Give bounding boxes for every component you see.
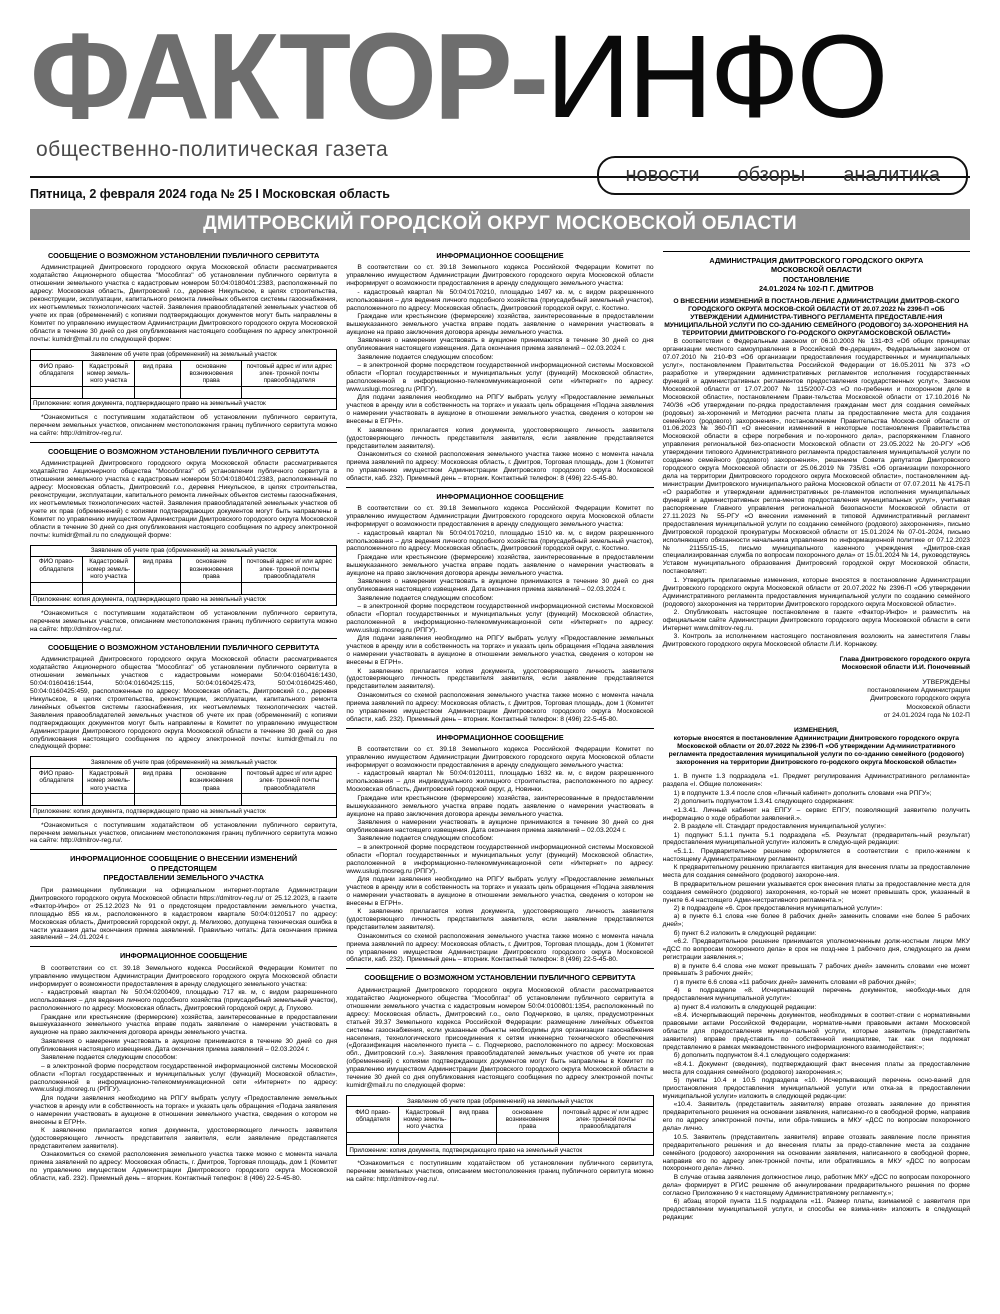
form-header-row: ФИО право- обладателяКадастровый номер з…	[31, 556, 337, 582]
form-caption: Заявление об учете прав (обременений) на…	[347, 1096, 653, 1107]
form-empty-cell	[181, 386, 242, 398]
form-empty-cell	[242, 386, 337, 398]
paragraph: Администрацией Дмитровского городского о…	[30, 460, 337, 539]
paragraph: «1.3.41. Личный кабинет на ЕПГУ – сервис…	[663, 807, 970, 823]
section-title: ИНФОРМАЦИОННОЕ СООБЩЕНИЕ	[348, 251, 651, 260]
topics-pill: новости обзоры аналитика	[597, 156, 968, 195]
paragraph: Заявление подается следующим способом:	[346, 595, 653, 603]
form-empty-cell	[497, 1133, 558, 1145]
paragraph: 2) в подразделе «6. Срок предоставления …	[663, 905, 970, 913]
form-header-cell: Кадастровый номер земель- ного участка	[83, 361, 135, 387]
application-form-table: Заявление об учете прав (обременений) на…	[30, 349, 337, 410]
paragraph: В предварительном решении указывается ср…	[663, 881, 970, 905]
paragraph: 10.5. Заявитель (представитель заявителя…	[663, 1134, 970, 1174]
form-empty-row	[347, 1133, 653, 1145]
section-divider	[30, 442, 337, 443]
paragraph: Для подачи заявления необходимо на РПГУ …	[346, 876, 653, 908]
form-empty-cell	[31, 794, 83, 806]
paragraph: 1. Утвердить прилагаемые изменения, кото…	[663, 577, 970, 609]
form-empty-cell	[399, 1133, 451, 1145]
logo-part-factor: ФАКТОР-	[30, 16, 546, 139]
form-header-cell: почтовый адрес и/ или адрес элек- тронно…	[242, 768, 337, 794]
form-header-row: ФИО право- обладателяКадастровый номер з…	[31, 361, 337, 387]
paragraph: 2) дополнить подпунктом 1.3.41 следующег…	[663, 798, 970, 806]
form-header-cell: ФИО право- обладателя	[31, 361, 83, 387]
section-divider	[30, 638, 337, 639]
paragraph: 2. В разделе «II. Стандарт предоставлени…	[663, 823, 970, 831]
form-caption-row: Заявление об учете прав (обременений) на…	[31, 545, 337, 556]
paragraph: 1. В пункте 1.3 подраздела «1. Предмет р…	[663, 773, 970, 789]
paragraph: – в электронной форме посредством госуда…	[346, 844, 653, 876]
form-empty-cell	[83, 582, 135, 594]
paragraph: а) в пункте 6.1 слова «не более 8 рабочи…	[663, 913, 970, 929]
form-caption: Заявление об учете прав (обременений) на…	[31, 757, 337, 768]
application-form-table: Заявление об учете прав (обременений) на…	[30, 545, 337, 606]
form-appendix: Приложение: копия документа, подтверждаю…	[31, 594, 337, 605]
notice-section: ИНФОРМАЦИОННОЕ СООБЩЕНИЕВ соответствии с…	[346, 487, 653, 724]
section-title: СООБЩЕНИЕ О ВОЗМОЖНОМ УСТАНОВЛЕНИИ ПУБЛИ…	[32, 643, 335, 652]
column-left: СООБЩЕНИЕ О ВОЗМОЖНОМ УСТАНОВЛЕНИИ ПУБЛИ…	[30, 247, 337, 1184]
paragraph: В соответствии со ст. 39.18 Земельного к…	[30, 965, 337, 989]
paragraph: 1) в подпункте 1.3.4 после слов «Личный …	[663, 790, 970, 798]
notice-section: ИНФОРМАЦИОННОЕ СООБЩЕНИЕ О ВНЕСЕНИИ ИЗМЕ…	[30, 849, 337, 942]
newspaper-page: ФАКТОР-ИНФО общественно-политическая газ…	[0, 0, 1000, 1314]
paragraph: Ознакомиться со схемой расположения земе…	[346, 692, 653, 724]
paragraph: 6) абзац второй пункта 11.5 подраздела «…	[663, 1198, 970, 1222]
form-empty-cell	[31, 386, 83, 398]
paragraph: 3. Контроль за исполнением настоящего по…	[663, 633, 970, 649]
form-caption-row: Заявление об учете прав (обременений) на…	[31, 349, 337, 360]
paragraph: б) пункт 6.2 изложить в следующей редакц…	[663, 930, 970, 938]
form-appendix-row: Приложение: копия документа, подтверждаю…	[31, 594, 337, 605]
section-title: АДМИНИСТРАЦИЯ ДМИТРОВСКОГО ГОРОДСКОГО ОК…	[665, 256, 968, 294]
section-divider	[346, 728, 653, 729]
logo-part-info: ИНФО	[546, 18, 886, 136]
paragraph: Дмитровского городского округа	[663, 695, 970, 703]
form-empty-cell	[242, 794, 337, 806]
section-title: СООБЩЕНИЕ О ВОЗМОЖНОМ УСТАНОВЛЕНИИ ПУБЛИ…	[32, 251, 335, 260]
paragraph: Ознакомиться со схемой расположения земе…	[346, 933, 653, 965]
form-appendix: Приложение: копия документа, подтверждаю…	[31, 398, 337, 409]
notice-section: СООБЩЕНИЕ О ВОЗМОЖНОМ УСТАНОВЛЕНИИ ПУБЛИ…	[346, 968, 653, 1184]
paragraph: Граждане или крестьянские (фермерские) х…	[346, 795, 653, 819]
form-empty-row	[31, 582, 337, 594]
paragraph: Заявления о намерении участвовать в аукц…	[346, 578, 653, 594]
paragraph: - кадастровый квартал № 50:04:0200409, п…	[30, 989, 337, 1013]
section-divider	[346, 968, 653, 969]
section-title: СООБЩЕНИЕ О ВОЗМОЖНОМ УСТАНОВЛЕНИИ ПУБЛИ…	[348, 973, 651, 982]
notice-section: СООБЩЕНИЕ О ВОЗМОЖНОМ УСТАНОВЛЕНИИ ПУБЛИ…	[30, 251, 337, 438]
form-empty-cell	[135, 386, 181, 398]
form-empty-cell	[451, 1133, 497, 1145]
form-appendix: Приложение: копия документа, подтверждаю…	[31, 806, 337, 817]
form-empty-cell	[181, 582, 242, 594]
paragraph: К заявлению прилагается копия документа,…	[346, 668, 653, 692]
form-empty-cell	[242, 582, 337, 594]
form-header-row: ФИО право- обладателяКадастровый номер з…	[347, 1107, 653, 1133]
footnote: *Ознакомиться с поступившим ходатайством…	[346, 1160, 653, 1184]
form-header-cell: вид права	[135, 361, 181, 387]
paragraph: Заявления о намерении участвовать в аукц…	[346, 819, 653, 835]
section-title: СООБЩЕНИЕ О ВОЗМОЖНОМ УСТАНОВЛЕНИИ ПУБЛИ…	[32, 447, 335, 456]
form-appendix-row: Приложение: копия документа, подтверждаю…	[347, 1145, 653, 1156]
paragraph: Заявление подается следующим способом:	[346, 354, 653, 362]
paragraph: «6.2. Предварительное решение принимаетс…	[663, 938, 970, 962]
paragraph: К заявлению прилагается копия документа,…	[30, 1127, 337, 1151]
paragraph: Ознакомиться со схемой расположения земе…	[346, 451, 653, 483]
section-divider	[30, 946, 337, 947]
column-center: ИНФОРМАЦИОННОЕ СООБЩЕНИЕВ соответствии с…	[346, 247, 653, 1185]
paragraph: 4) в подразделе «8. Исчерпывающий перече…	[663, 987, 970, 1003]
paragraph: г) в пункте 6.6 слова «11 рабочих дней» …	[663, 979, 970, 987]
notice-section: СООБЩЕНИЕ О ВОЗМОЖНОМ УСТАНОВЛЕНИИ ПУБЛИ…	[30, 442, 337, 634]
paragraph: Московской области	[663, 704, 970, 712]
newspaper-logo: ФАКТОР-ИНФО	[30, 18, 970, 136]
form-appendix: Приложение: копия документа, подтверждаю…	[347, 1145, 653, 1156]
notice-section: СООБЩЕНИЕ О ВОЗМОЖНОМ УСТАНОВЛЕНИИ ПУБЛИ…	[30, 638, 337, 846]
paragraph: «5.1.1. Предварительное решение оформляе…	[663, 848, 970, 864]
form-caption-row: Заявление об учете прав (обременений) на…	[347, 1096, 653, 1107]
form-empty-row	[31, 794, 337, 806]
pill-item-news: новости	[625, 164, 699, 187]
form-header-cell: Кадастровый номер земель- ного участка	[399, 1107, 451, 1133]
paragraph: 1) подпункт 5.1.1 пункта 5.1 подраздела …	[663, 832, 970, 848]
form-header-cell: основание возникновения права	[497, 1107, 558, 1133]
footnote: *Ознакомиться с поступившим ходатайством…	[30, 414, 337, 438]
paragraph: Для подачи заявления необходимо на РПГУ …	[30, 1095, 337, 1127]
paragraph: - кадастровый квартал № 50:04:0120111, п…	[346, 770, 653, 794]
form-header-cell: почтовый адрес и/ или адрес элек- тронно…	[558, 1107, 653, 1133]
paragraph: б) дополнить подпунктом 8.4.1 следующего…	[663, 1052, 970, 1060]
application-form-table: Заявление об учете прав (обременений) на…	[30, 756, 337, 817]
section-divider	[346, 487, 653, 488]
form-empty-cell	[135, 582, 181, 594]
paragraph: 5) пункты 10.4 и 10.5 подраздела «10. Ис…	[663, 1077, 970, 1101]
paragraph: ИЗМЕНЕНИЯ,	[663, 727, 970, 735]
footnote: *Ознакомиться с поступившим ходатайством…	[30, 822, 337, 846]
form-caption: Заявление об учете прав (обременений) на…	[31, 545, 337, 556]
form-appendix-row: Приложение: копия документа, подтверждаю…	[31, 806, 337, 817]
paragraph: Заявления о намерении участвовать в аукц…	[346, 337, 653, 353]
paragraph: которые вносятся в постановление Админис…	[663, 735, 970, 767]
section-title: ИНФОРМАЦИОННОЕ СООБЩЕНИЕ О ВНЕСЕНИИ ИЗМЕ…	[32, 854, 335, 882]
paragraph: К предварительному решению прилагается к…	[663, 864, 970, 880]
section-title: ИНФОРМАЦИОННОЕ СООБЩЕНИЕ	[32, 951, 335, 960]
form-empty-cell	[135, 794, 181, 806]
paragraph: Администрацией Дмитровского городского о…	[30, 264, 337, 343]
form-header-cell: основание возникновения права	[181, 556, 242, 582]
paragraph: В соответствии с Федеральным законом от …	[663, 338, 970, 576]
paragraph: – в электронной форме посредством госуда…	[30, 1063, 337, 1095]
form-header-cell: основание возникновения права	[181, 768, 242, 794]
paragraph: Московской области И.И. Поночевный	[663, 664, 970, 672]
paragraph: Ознакомиться со схемой расположения земе…	[30, 1151, 337, 1183]
notice-section: ИНФОРМАЦИОННОЕ СООБЩЕНИЕВ соответствии с…	[346, 251, 653, 483]
paragraph: При размещении публикации на официальном…	[30, 887, 337, 943]
paragraph: Граждане или крестьянские (фермерские) х…	[30, 1014, 337, 1038]
paragraph: – в электронной форме посредством госуда…	[346, 362, 653, 394]
form-caption: Заявление об учете прав (обременений) на…	[31, 349, 337, 360]
pill-item-reviews: обзоры	[738, 164, 806, 187]
paragraph: Граждане или крестьянские (фермерские) х…	[346, 313, 653, 337]
form-empty-cell	[558, 1133, 653, 1145]
paragraph: в) в пункте 6.4 слова «не может превышат…	[663, 963, 970, 979]
form-header-cell: вид права	[451, 1107, 497, 1133]
form-empty-cell	[347, 1133, 399, 1145]
form-empty-cell	[31, 582, 83, 594]
form-header-cell: ФИО право- обладателя	[31, 556, 83, 582]
content-columns: СООБЩЕНИЕ О ВОЗМОЖНОМ УСТАНОВЛЕНИИ ПУБЛИ…	[0, 240, 1000, 1223]
paragraph: – в электронной форме посредством госуда…	[346, 603, 653, 635]
paragraph: Администрацией Дмитровского городского о…	[346, 987, 653, 1090]
application-form-table: Заявление об учете прав (обременений) на…	[346, 1095, 653, 1156]
paragraph: Глава Дмитровского городского округа	[663, 656, 970, 664]
district-banner: ДМИТРОВСКИЙ ГОРОДСКОЙ ОКРУГ МОСКОВСКОЙ О…	[30, 209, 970, 240]
pill-item-analytics: аналитика	[843, 164, 940, 187]
form-empty-cell	[83, 794, 135, 806]
paragraph: К заявлению прилагается копия документа,…	[346, 427, 653, 451]
form-empty-cell	[181, 794, 242, 806]
paragraph: В случае отзыва заявления должностное ли…	[663, 1174, 970, 1198]
form-header-cell: Кадастровый номер земель- ного участка	[83, 768, 135, 794]
form-header-cell: ФИО право- обладателя	[347, 1107, 399, 1133]
form-header-cell: ФИО право- обладателя	[31, 768, 83, 794]
form-appendix-row: Приложение: копия документа, подтверждаю…	[31, 398, 337, 409]
notice-section: ИНФОРМАЦИОННОЕ СООБЩЕНИЕВ соответствии с…	[30, 946, 337, 1183]
paragraph: «8.4.1. Документ (сведения), подтверждаю…	[663, 1061, 970, 1077]
paragraph: Администрацией Дмитровского городского о…	[30, 656, 337, 751]
paragraph: от 24.01.2024 года № 102-П	[663, 712, 970, 720]
form-empty-row	[31, 386, 337, 398]
masthead: ФАКТОР-ИНФО общественно-политическая газ…	[0, 0, 1000, 162]
form-header-cell: вид права	[135, 768, 181, 794]
paragraph: В соответствии со ст. 39.18 Земельного к…	[346, 746, 653, 770]
paragraph: О ВНЕСЕНИИ ИЗМЕНЕНИЙ В ПОСТАНОВ-ЛЕНИЕ АД…	[663, 298, 970, 338]
section-divider	[663, 251, 970, 252]
form-empty-cell	[83, 386, 135, 398]
paragraph: Заявление подается следующим способом:	[30, 1054, 337, 1062]
paragraph: Заявление подается следующим способом:	[346, 835, 653, 843]
paragraph: Граждане или крестьянские (фермерские) х…	[346, 554, 653, 578]
form-header-row: ФИО право- обладателяКадастровый номер з…	[31, 768, 337, 794]
section-title: ИНФОРМАЦИОННОЕ СООБЩЕНИЕ	[348, 733, 651, 742]
section-divider	[30, 849, 337, 850]
footnote: *Ознакомиться с поступившим ходатайством…	[30, 610, 337, 634]
paragraph: 2. Опубликовать настоящее постановление …	[663, 609, 970, 633]
paragraph: В соответствии со ст. 39.18 Земельного к…	[346, 505, 653, 529]
paragraph: - кадастровый квартал № 50:04:0170210, п…	[346, 289, 653, 313]
paragraph: УТВЕРЖДЕНЫ	[663, 679, 970, 687]
section-title: ИНФОРМАЦИОННОЕ СООБЩЕНИЕ	[348, 492, 651, 501]
form-header-cell: Кадастровый номер земель- ного участка	[83, 556, 135, 582]
paragraph: К заявлению прилагается копия документа,…	[346, 908, 653, 932]
column-right: АДМИНИСТРАЦИЯ ДМИТРОВСКОГО ГОРОДСКОГО ОК…	[663, 247, 970, 1223]
form-header-cell: почтовый адрес и/ или адрес элек- тронно…	[242, 361, 337, 387]
form-header-cell: вид права	[135, 556, 181, 582]
paragraph: Для подачи заявления необходимо на РПГУ …	[346, 394, 653, 426]
paragraph: - кадастровый квартал № 50:04:0170210, п…	[346, 530, 653, 554]
form-header-cell: почтовый адрес и/ или адрес элек- тронно…	[242, 556, 337, 582]
form-caption-row: Заявление об учете прав (обременений) на…	[31, 757, 337, 768]
paragraph: постановлением Администрации	[663, 687, 970, 695]
form-header-cell: основание возникновения права	[181, 361, 242, 387]
paragraph: «8.4. Исчерпывающий перечень документов,…	[663, 1012, 970, 1052]
paragraph: В соответствии со ст. 39.18 Земельного к…	[346, 264, 653, 288]
paragraph: Заявления о намерении участвовать в аукц…	[30, 1038, 337, 1054]
notice-section: ИНФОРМАЦИОННОЕ СООБЩЕНИЕВ соответствии с…	[346, 728, 653, 965]
paragraph: «10.4. Заявитель (представитель заявител…	[663, 1101, 970, 1133]
paragraph: Для подачи заявления необходимо на РПГУ …	[346, 635, 653, 667]
notice-section: АДМИНИСТРАЦИЯ ДМИТРОВСКОГО ГОРОДСКОГО ОК…	[663, 251, 970, 1222]
paragraph: а) пункт 8.4 изложить в следующей редакц…	[663, 1004, 970, 1012]
